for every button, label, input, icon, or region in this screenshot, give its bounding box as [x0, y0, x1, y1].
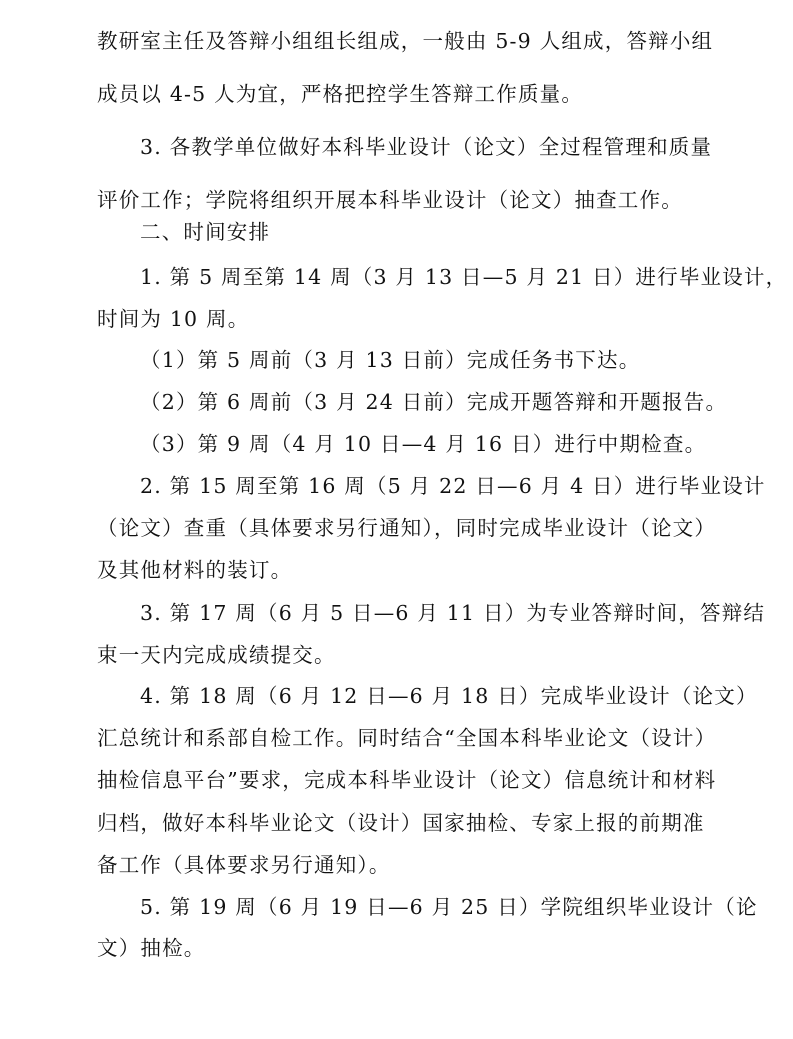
- list-item: （1）第 5 周前（3 月 13 日前）完成任务书下达。: [140, 347, 640, 373]
- paragraph-line: 束一天内完成成绩提交。: [97, 642, 336, 668]
- paragraph-line: 评价工作；学院将组织开展本科毕业设计（论文）抽查工作。: [97, 187, 683, 213]
- list-item: （3）第 9 周（4 月 10 日—4 月 16 日）进行中期检查。: [140, 431, 706, 457]
- paragraph-line: 备工作（具体要求另行通知）。: [97, 852, 391, 878]
- section-heading: 二、时间安排: [140, 219, 270, 245]
- paragraph-line: 归档，做好本科毕业论文（设计）国家抽检、专家上报的前期准: [97, 810, 705, 836]
- paragraph-line: 汇总统计和系部自检工作。同时结合“全国本科毕业论文（设计）: [97, 725, 716, 751]
- paragraph-line: 教研室主任及答辩小组组长组成，一般由 5-9 人组成，答辩小组: [97, 28, 713, 54]
- paragraph-line: 4. 第 18 周（6 月 12 日—6 月 18 日）完成毕业设计（论文）: [140, 683, 758, 709]
- paragraph-line: 及其他材料的装订。: [97, 557, 292, 583]
- paragraph-line: 3. 各教学单位做好本科毕业设计（论文）全过程管理和质量: [140, 134, 712, 160]
- paragraph-line: 文）抽检。: [97, 935, 206, 961]
- list-item: （2）第 6 周前（3 月 24 日前）完成开题答辩和开题报告。: [140, 389, 727, 415]
- paragraph-line: 2. 第 15 周至第 16 周（5 月 22 日—6 月 4 日）进行毕业设计: [140, 473, 766, 499]
- paragraph-line: 时间为 10 周。: [97, 306, 249, 332]
- paragraph-line: 1. 第 5 周至第 14 周（3 月 13 日—5 月 21 日）进行毕业设计…: [140, 264, 787, 290]
- document-page: 教研室主任及答辩小组组长组成，一般由 5-9 人组成，答辩小组 成员以 4-5 …: [0, 0, 793, 1039]
- paragraph-line: 成员以 4-5 人为宜，严格把控学生答辩工作质量。: [97, 81, 583, 107]
- paragraph-line: 5. 第 19 周（6 月 19 日—6 月 25 日）学院组织毕业设计（论: [140, 894, 758, 920]
- paragraph-line: （论文）查重（具体要求另行通知），同时完成毕业设计（论文）: [97, 515, 716, 541]
- paragraph-line: 抽检信息平台”要求，完成本科毕业设计（论文）信息统计和材料: [97, 767, 716, 793]
- paragraph-line: 3. 第 17 周（6 月 5 日—6 月 11 日）为专业答辩时间，答辩结: [140, 600, 765, 626]
